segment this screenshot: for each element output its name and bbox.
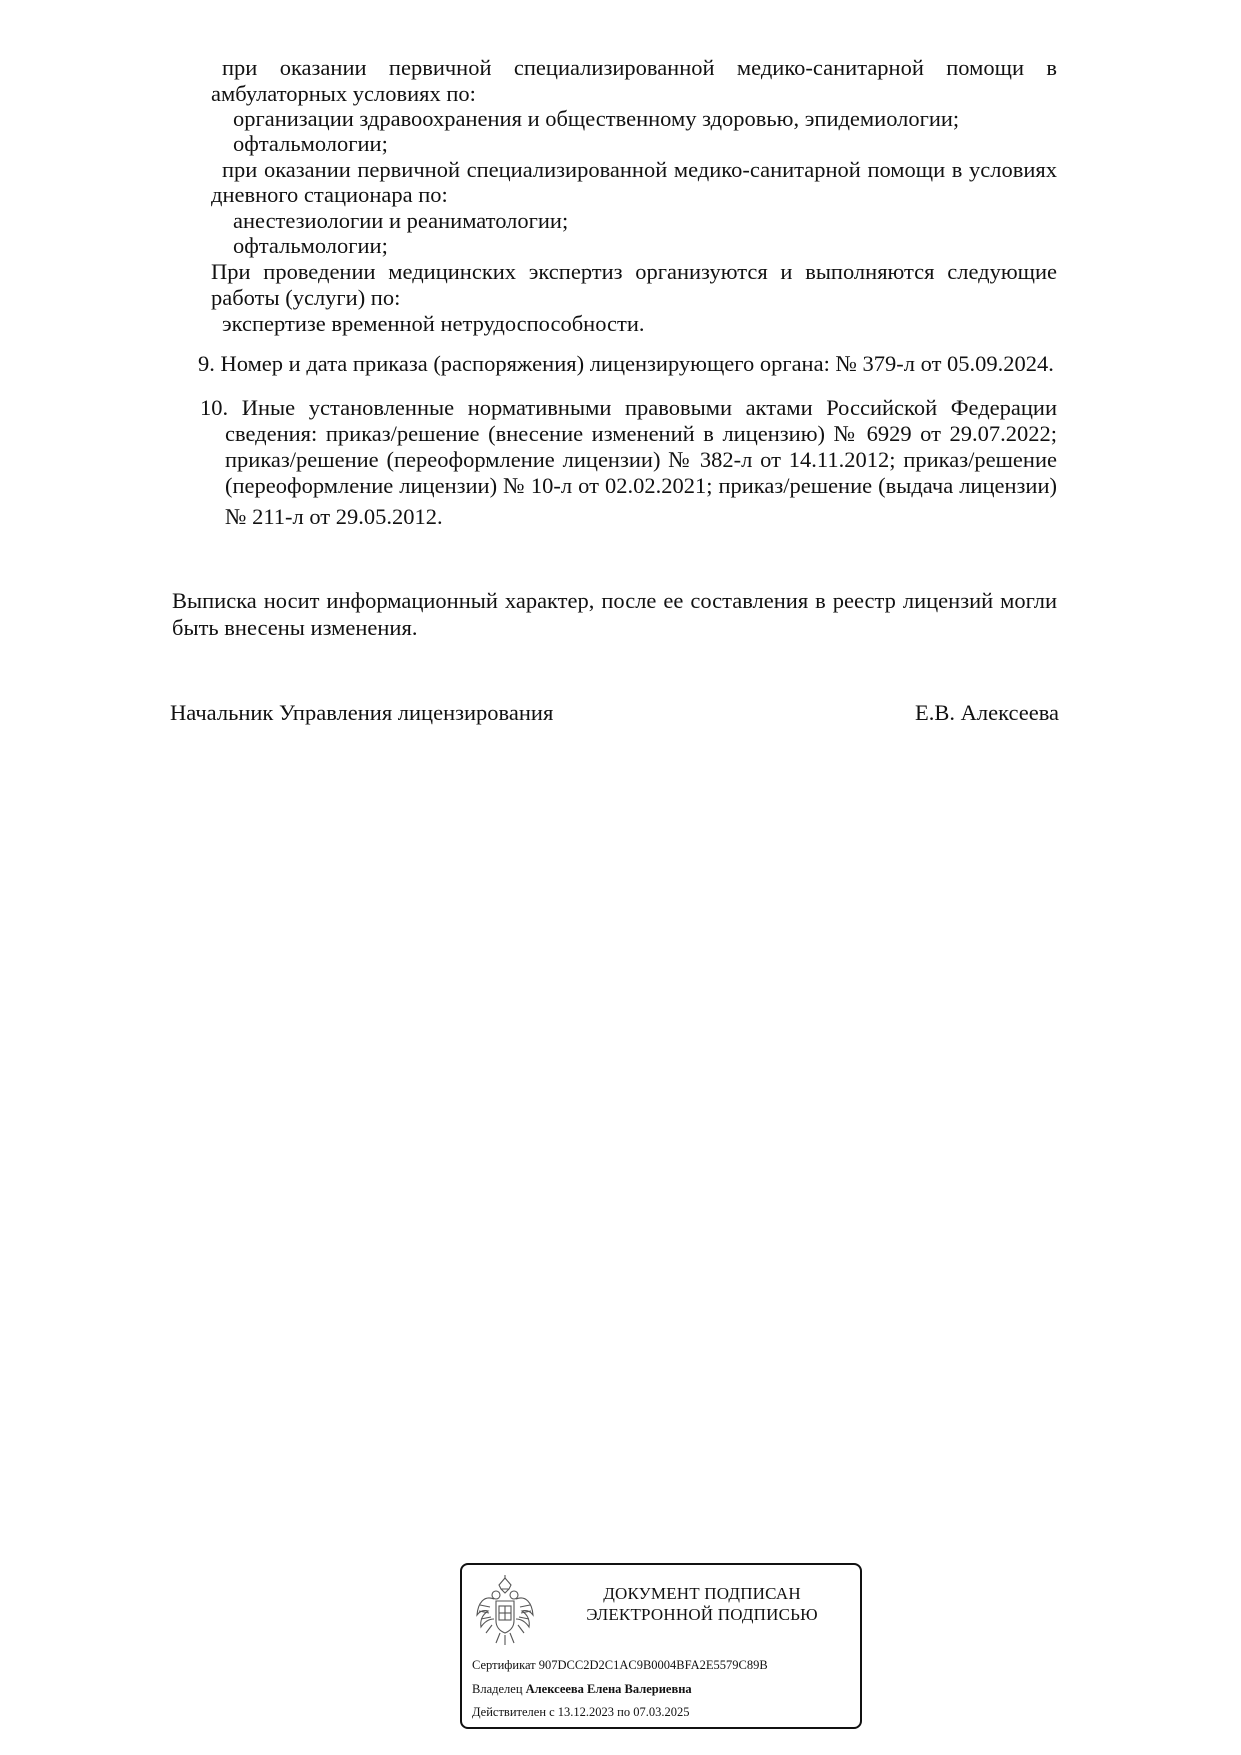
signatory-name: Е.В. Алексеева <box>915 699 1059 727</box>
certificate-label: Сертификат <box>472 1658 536 1672</box>
owner-value: Алексеева Елена Валериевна <box>526 1682 692 1696</box>
stamp-title-line2: ЭЛЕКТРОННОЙ ПОДПИСЬЮ <box>552 1604 852 1625</box>
signatory-position: Начальник Управления лицензирования <box>170 699 553 727</box>
services-line: организации здравоохранения и общественн… <box>233 105 959 133</box>
services-line: офтальмологии; <box>233 130 388 158</box>
certificate-row: Сертификат 907DCC2D2C1AC9B0004BFA2E5579C… <box>472 1657 768 1673</box>
services-line: при оказании первичной специализированно… <box>222 156 1057 184</box>
coat-of-arms-icon <box>474 1575 536 1647</box>
services-line: дневного стационара по: <box>211 181 448 209</box>
item-10-line: приказ/решение (переоформление лицензии)… <box>225 446 1057 474</box>
services-line: работы (услуги) по: <box>211 284 400 312</box>
electronic-signature-stamp: ДОКУМЕНТ ПОДПИСАН ЭЛЕКТРОННОЙ ПОДПИСЬЮ С… <box>460 1563 862 1729</box>
owner-label: Владелец <box>472 1682 523 1696</box>
services-line: экспертизе временной нетрудоспособности. <box>222 310 645 338</box>
item-9-order-number: 9. Номер и дата приказа (распоряжения) л… <box>198 350 1054 378</box>
services-line: амбулаторных условиях по: <box>211 80 476 108</box>
stamp-title-line1: ДОКУМЕНТ ПОДПИСАН <box>552 1583 852 1604</box>
notice-text: Выписка носит информационный характер, п… <box>172 587 1057 615</box>
certificate-value: 907DCC2D2C1AC9B0004BFA2E5579C89B <box>539 1658 768 1672</box>
services-line: анестезиологии и реаниматологии; <box>233 207 568 235</box>
item-10-line: № 211-л от 29.05.2012. <box>225 503 443 531</box>
owner-row: Владелец Алексеева Елена Валериевна <box>472 1681 692 1697</box>
item-10-line: (переоформление лицензии) № 10-л от 02.0… <box>225 472 1057 500</box>
stamp-title: ДОКУМЕНТ ПОДПИСАН ЭЛЕКТРОННОЙ ПОДПИСЬЮ <box>552 1583 852 1625</box>
notice-text: быть внесены изменения. <box>172 614 417 642</box>
services-line: При проведении медицинских экспертиз орг… <box>211 258 1057 286</box>
services-line: офтальмологии; <box>233 232 388 260</box>
validity-period: Действителен с 13.12.2023 по 07.03.2025 <box>472 1704 690 1720</box>
document-page: при оказании первичной специализированно… <box>0 0 1241 1755</box>
services-line: при оказании первичной специализированно… <box>222 54 1057 82</box>
item-10-line: сведения: приказ/решение (внесение измен… <box>225 420 1057 448</box>
item-10-line: 10. Иные установленные нормативными прав… <box>200 394 1057 422</box>
